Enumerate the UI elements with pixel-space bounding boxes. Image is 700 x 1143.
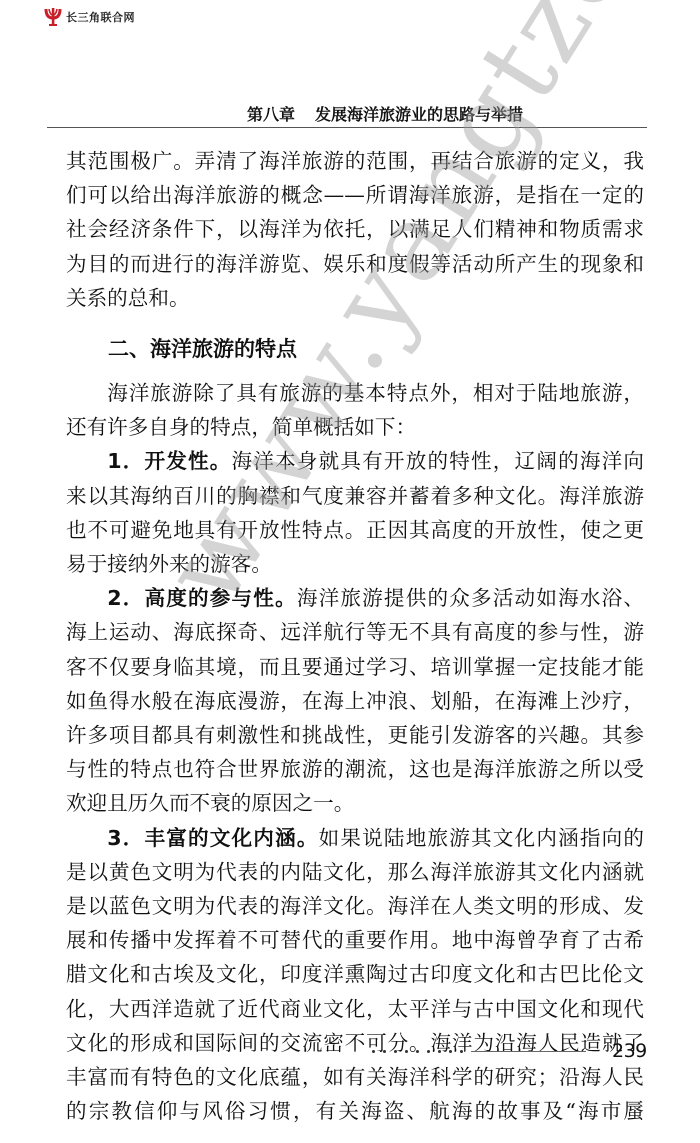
- chapter-number: 第八章: [247, 105, 295, 124]
- text-line: 许多项目都具有刺激性和挑战性，更能引发游客的兴趣。其参: [66, 718, 644, 752]
- chapter-title: 发展海洋旅游业的思路与举措: [315, 105, 523, 124]
- paragraph-intro: 海洋旅游除了具有旅游的基本特点外，相对于陆地旅游， 还有许多自身的特点，简单概括…: [66, 376, 644, 444]
- text-line: 海上运动、海底探奇、远洋航行等无不具有高度的参与性，游: [66, 615, 644, 649]
- header-rule: [47, 127, 647, 128]
- text-line: 为目的而进行的海洋游览、娱乐和度假等活动所产生的现象和: [66, 247, 644, 281]
- text-line: 与性的特点也符合世界旅游的潮流，这也是海洋旅游之所以受: [66, 752, 644, 786]
- text-line: 们可以给出海洋旅游的概念——所谓海洋旅游，是指在一定的: [66, 178, 644, 212]
- running-head: 第八章发展海洋旅游业的思路与举措: [0, 102, 700, 125]
- item-openness: 1．开发性。海洋本身就具有开放的特性，辽阔的海洋向 来以其海纳百川的胸襟和气度兼…: [66, 444, 644, 581]
- text-line: 展和传播中发挥着不可替代的重要作用。地中海曾孕育了古希: [66, 923, 644, 957]
- psi-logo-icon: [44, 7, 62, 27]
- text-line: 如鱼得水般在海底漫游，在海上冲浪、划船，在海滩上沙疗，: [66, 684, 644, 718]
- text-line: 如果说陆地旅游其文化内涵指向的: [319, 826, 644, 850]
- paragraph-definition: 其范围极广。弄清了海洋旅游的范围，再结合旅游的定义，我 们可以给出海洋旅游的概念…: [66, 144, 644, 315]
- text-line: 社会经济条件下，以海洋为依托，以满足人们精神和物质需求: [66, 212, 644, 246]
- text-line: 也不可避免地具有开放性特点。正因其高度的开放性，使之更: [66, 513, 644, 547]
- logo-text: 长三角联合网: [66, 9, 135, 25]
- text-line: 海洋旅游除了具有旅游的基本特点外，相对于陆地旅游，: [66, 376, 644, 410]
- site-logo: 长三角联合网: [44, 4, 135, 30]
- page-number: 239: [612, 1040, 647, 1062]
- text-line: 还有许多自身的特点，简单概括如下：: [66, 410, 644, 444]
- text-line: 关系的总和。: [66, 281, 644, 315]
- text-line: 客不仅要身临其境，而且要通过学习、培训掌握一定技能才能: [66, 650, 644, 684]
- item-label: 3．丰富的文化内涵。: [107, 826, 318, 850]
- text-line: 来以其海纳百川的胸襟和气度兼容并蓄着多种文化。海洋旅游: [66, 479, 644, 513]
- footer-dots-ornament: [372, 1050, 463, 1053]
- text-line: 是以蓝色文明为代表的海洋文化。海洋在人类文明的形成、发: [66, 889, 644, 923]
- text-line: 易于接纳外来的游客。: [66, 547, 644, 581]
- text-line: 化，大西洋造就了近代商业文化，太平洋与古中国文化和现代: [66, 992, 644, 1026]
- item-culture: 3．丰富的文化内涵。如果说陆地旅游其文化内涵指向的 是以黄色文明为代表的内陆文化…: [66, 821, 644, 1129]
- footer-rule: [471, 1051, 586, 1052]
- text-line: 海洋本身就具有开放的特性，辽阔的海洋向: [232, 449, 644, 473]
- section-heading: 二、海洋旅游的特点: [66, 315, 644, 376]
- page-body: 其范围极广。弄清了海洋旅游的范围，再结合旅游的定义，我 们可以给出海洋旅游的概念…: [66, 144, 644, 1128]
- text-line: 是以黄色文明为代表的内陆文化，那么海洋旅游其文化内涵就: [66, 855, 644, 889]
- text-line: 的宗教信仰与风俗习惯，有关海盗、航海的故事及“海市蜃: [66, 1094, 644, 1128]
- text-line: 欢迎且历久而不衰的原因之一。: [66, 786, 644, 820]
- item-participation: 2．高度的参与性。海洋旅游提供的众多活动如海水浴、 海上运动、海底探奇、远洋航行…: [66, 581, 644, 820]
- text-line: 腊文化和古埃及文化，印度洋熏陶过古印度文化和古巴比伦文: [66, 957, 644, 991]
- text-line: 海洋旅游提供的众多活动如海水浴、: [297, 586, 644, 610]
- item-label: 2．高度的参与性。: [107, 586, 297, 610]
- text-line: 其范围极广。弄清了海洋旅游的范围，再结合旅游的定义，我: [66, 144, 644, 178]
- item-label: 1．开发性。: [107, 449, 231, 473]
- page-footer: 239: [372, 1036, 652, 1066]
